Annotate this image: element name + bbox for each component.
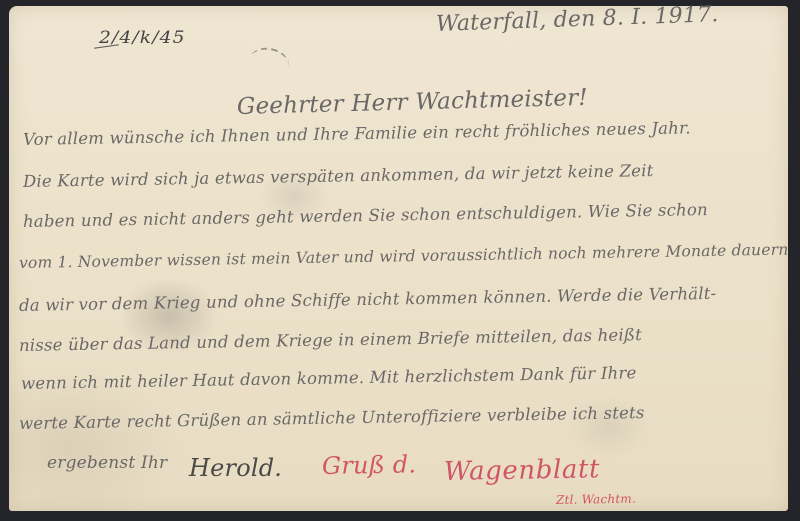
scanned-postcard: 2/4/k/45 Waterfall, den 8. I. 1917. Geeh… bbox=[0, 0, 800, 521]
pencil-mark bbox=[246, 44, 291, 82]
red-ink-signature: Wagenblatt bbox=[444, 454, 601, 487]
salutation: Geehrter Herr Wachtmeister! bbox=[237, 85, 588, 120]
body-line-3: haben und es nicht anders geht werden Si… bbox=[23, 200, 708, 231]
body-line-2: Die Karte wird sich ja etwas verspäten a… bbox=[23, 161, 654, 191]
body-line-8: werte Karte recht Grüßen an sämtliche Un… bbox=[19, 403, 645, 433]
body-line-4: vom 1. November wissen ist mein Vater un… bbox=[19, 241, 789, 272]
sender-signature: Herold. bbox=[189, 454, 282, 482]
closing-phrase: ergebenst Ihr bbox=[47, 453, 167, 473]
postcard-paper: 2/4/k/45 Waterfall, den 8. I. 1917. Geeh… bbox=[9, 6, 788, 511]
dateline: Waterfall, den 8. I. 1917. bbox=[436, 2, 719, 37]
red-ink-rank: Ztl. Wachtm. bbox=[556, 492, 636, 507]
body-line-7: wenn ich mit heiler Haut davon komme. Mi… bbox=[21, 363, 637, 393]
body-line-1: Vor allem wünsche ich Ihnen und Ihre Fam… bbox=[23, 118, 691, 149]
body-line-6: nisse über das Land und dem Kriege in ei… bbox=[19, 325, 642, 355]
red-ink-greeting: Gruß d. bbox=[322, 450, 417, 480]
body-line-5: da wir vor dem Krieg und ohne Schiffe ni… bbox=[19, 284, 717, 315]
